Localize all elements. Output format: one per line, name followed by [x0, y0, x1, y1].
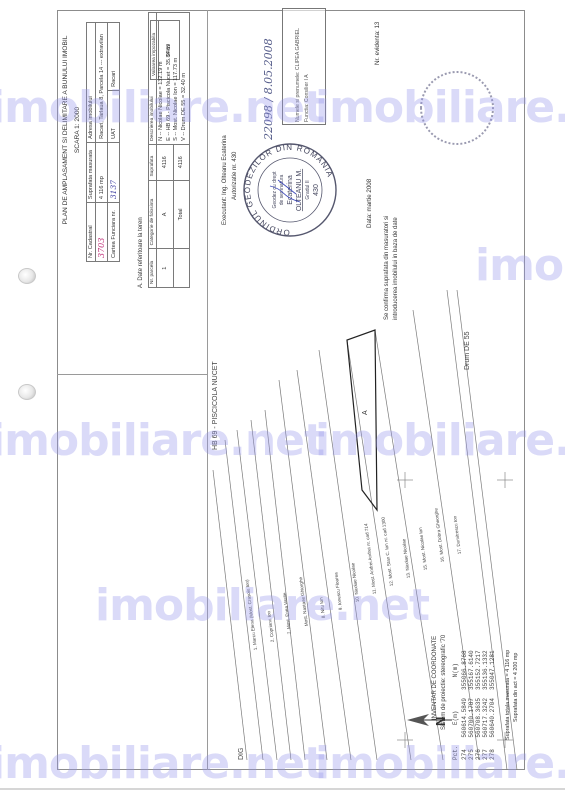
geodesist-stamp: ORDINUL GEODEZILOR DIN ROMANIA Geodez cu…	[240, 140, 340, 240]
coord-col-1: E(m)	[452, 690, 461, 738]
svg-text:Most. Nastase Ghiorghe: Most. Nastase Ghiorghe	[298, 576, 309, 626]
svg-text:17. Dumitrescu Ion: 17. Dumitrescu Ion	[452, 515, 462, 554]
svg-text:13. Nicolae Nicolae: 13. Nicolae Nicolae	[401, 538, 411, 578]
ocpi-stamp-line1: Numele si prenumele: CLIPEA GABRIEL	[283, 9, 301, 124]
svg-text:9. Ionescu Floarea: 9. Ionescu Floarea	[333, 572, 343, 611]
ocpi-stamp: Numele si prenumele: CLIPEA GABRIEL Func…	[282, 8, 326, 125]
suprafata-act: Suprafata din act = 4 200 mp	[513, 653, 519, 722]
row-suprafata: 4116	[157, 144, 174, 180]
coord-row: 277560717.3242355136.1332	[482, 642, 489, 760]
descriere-e: E -- HB 69 - Piscicola Nucet = 35.84 m	[166, 16, 174, 141]
suprafata-label: Suprafata masurata	[87, 142, 96, 202]
svg-text:1. Marcu Elena (Most. Crasoiu: 1. Marcu Elena (Most. Crasoiu Ion)	[244, 579, 258, 651]
coord-col-0: Pct.	[452, 738, 461, 760]
svg-text:15. Most. Nicolae Ion: 15. Most. Nicolae Ion	[418, 527, 428, 571]
col-nr-parcela: Nr. parcela	[149, 249, 157, 288]
nr-cadastral-value: 3703	[96, 203, 108, 262]
plan-title: PLAN DE AMPLASAMENT SI DELIMITARE A BUNU…	[62, 20, 69, 240]
handwritten-registration: 22098 / 8.05.2008	[262, 38, 275, 140]
executant-line1: Executant: Ing. Olteanu Ecaterina	[222, 135, 228, 225]
svg-text:Geodez cu drept: Geodez cu drept	[272, 171, 278, 209]
suprafata-value: 4 116 mp	[96, 142, 108, 202]
col-suprafata: Suprafata	[149, 144, 157, 180]
coord-row: 276560708.3635355152.7217	[475, 642, 482, 760]
svg-text:12. Most. Stan C. Ion nr. cad: 12. Most. Stan C. Ion nr. cad 1300	[380, 516, 394, 586]
total-value: 4116	[173, 144, 190, 180]
svg-text:OLTEANU M.: OLTEANU M.	[296, 169, 303, 211]
suprafata-masurata: Suprafata totala masurata = 4 116 mp	[505, 650, 511, 740]
coord-row: 274560614.5849355066.8768	[461, 642, 468, 760]
coord-row: 275560700.1787355167.6140	[468, 642, 475, 760]
descriere-cell: N -- Nicolae Nicolae = 132.19 m E -- HB …	[157, 13, 190, 145]
svg-text:HB 69 - PISCICOLA NUCET: HB 69 - PISCICOLA NUCET	[212, 361, 219, 450]
svg-text:11. Most. Andrei Andrei nr. ca: 11. Most. Andrei Andrei nr. cad 714	[363, 523, 377, 595]
inventar-subtitle: Sistem de proiectie: stereografic '70	[441, 635, 447, 730]
svg-text:Drum DE 55: Drum DE 55	[464, 331, 471, 370]
executant-line2: Autorizatie nr. 430	[232, 152, 238, 200]
nr-evidenta: Nr. evidenta: 13	[374, 22, 381, 65]
descriere-s: S -- Most. Nicolae Ion = 117.73 m	[173, 16, 181, 141]
uat-value: Racari	[108, 23, 120, 91]
svg-text:430: 430	[313, 184, 320, 196]
col-categorie: Categorie de folosinta	[149, 180, 157, 249]
col-descriere: Descrierea imobilului	[149, 13, 157, 145]
total-empty	[173, 249, 190, 288]
inventar-title: INVENTAR DE COORDONATE	[432, 636, 438, 720]
svg-text:DIG: DIG	[238, 748, 245, 760]
svg-text:10. Nicolae Nicolae: 10. Nicolae Nicolae	[350, 562, 360, 602]
carte-funciara-label: Cartea Funciara nr.	[108, 203, 120, 262]
adresa-value: Racari, Tarlaua 8, Parcela 14 --- extrav…	[96, 23, 108, 143]
svg-text:Gradul II: Gradul II	[305, 180, 311, 199]
coord-col-2: N(m)	[452, 642, 461, 690]
document-date: Data: martie 2008	[366, 179, 373, 228]
adresa-label: Adresa imobilului	[87, 23, 96, 143]
coordinates-table: Pct.E(m)N(m) 274560614.5849355066.876827…	[452, 642, 496, 760]
carte-funciara-value: 3137	[108, 142, 120, 202]
total-label: Total	[173, 180, 190, 249]
uat-label: UAT	[108, 90, 120, 142]
teren-section-title: A. Date referitoare la teren	[138, 217, 144, 288]
ocpi-stamp-line2: Functia: Consilier I A	[301, 9, 310, 124]
document: PLAN DE AMPLASAMENT SI DELIMITARE A BUNU…	[0, 0, 565, 800]
svg-text:8. Nitu Ion: 8. Nitu Ion	[318, 597, 326, 619]
svg-text:A: A	[362, 410, 369, 415]
teren-table: Nr. parcela Categorie de folosinta Supra…	[148, 12, 190, 288]
svg-text:7. Most. Enea Vasile: 7. Most. Enea Vasile	[282, 592, 292, 635]
nr-cadastral-label: Nr. Cadastral	[87, 203, 96, 262]
row-nr: 1	[157, 249, 174, 288]
header-table: Nr. Cadastral Suprafata masurata Adresa …	[86, 22, 120, 262]
ocpi-round-stamp	[420, 71, 494, 145]
descriere-n: N -- Nicolae Nicolae = 132.19 m	[158, 16, 166, 141]
descriere-v: V -- Drum DE 55 = 32.40 m	[181, 16, 189, 141]
info-divider	[57, 374, 207, 375]
row-categorie: A	[157, 180, 174, 249]
plan-scale: SCARA 1: 2000	[74, 20, 81, 240]
coord-row: 278560640.2704355047.1281	[489, 642, 496, 760]
